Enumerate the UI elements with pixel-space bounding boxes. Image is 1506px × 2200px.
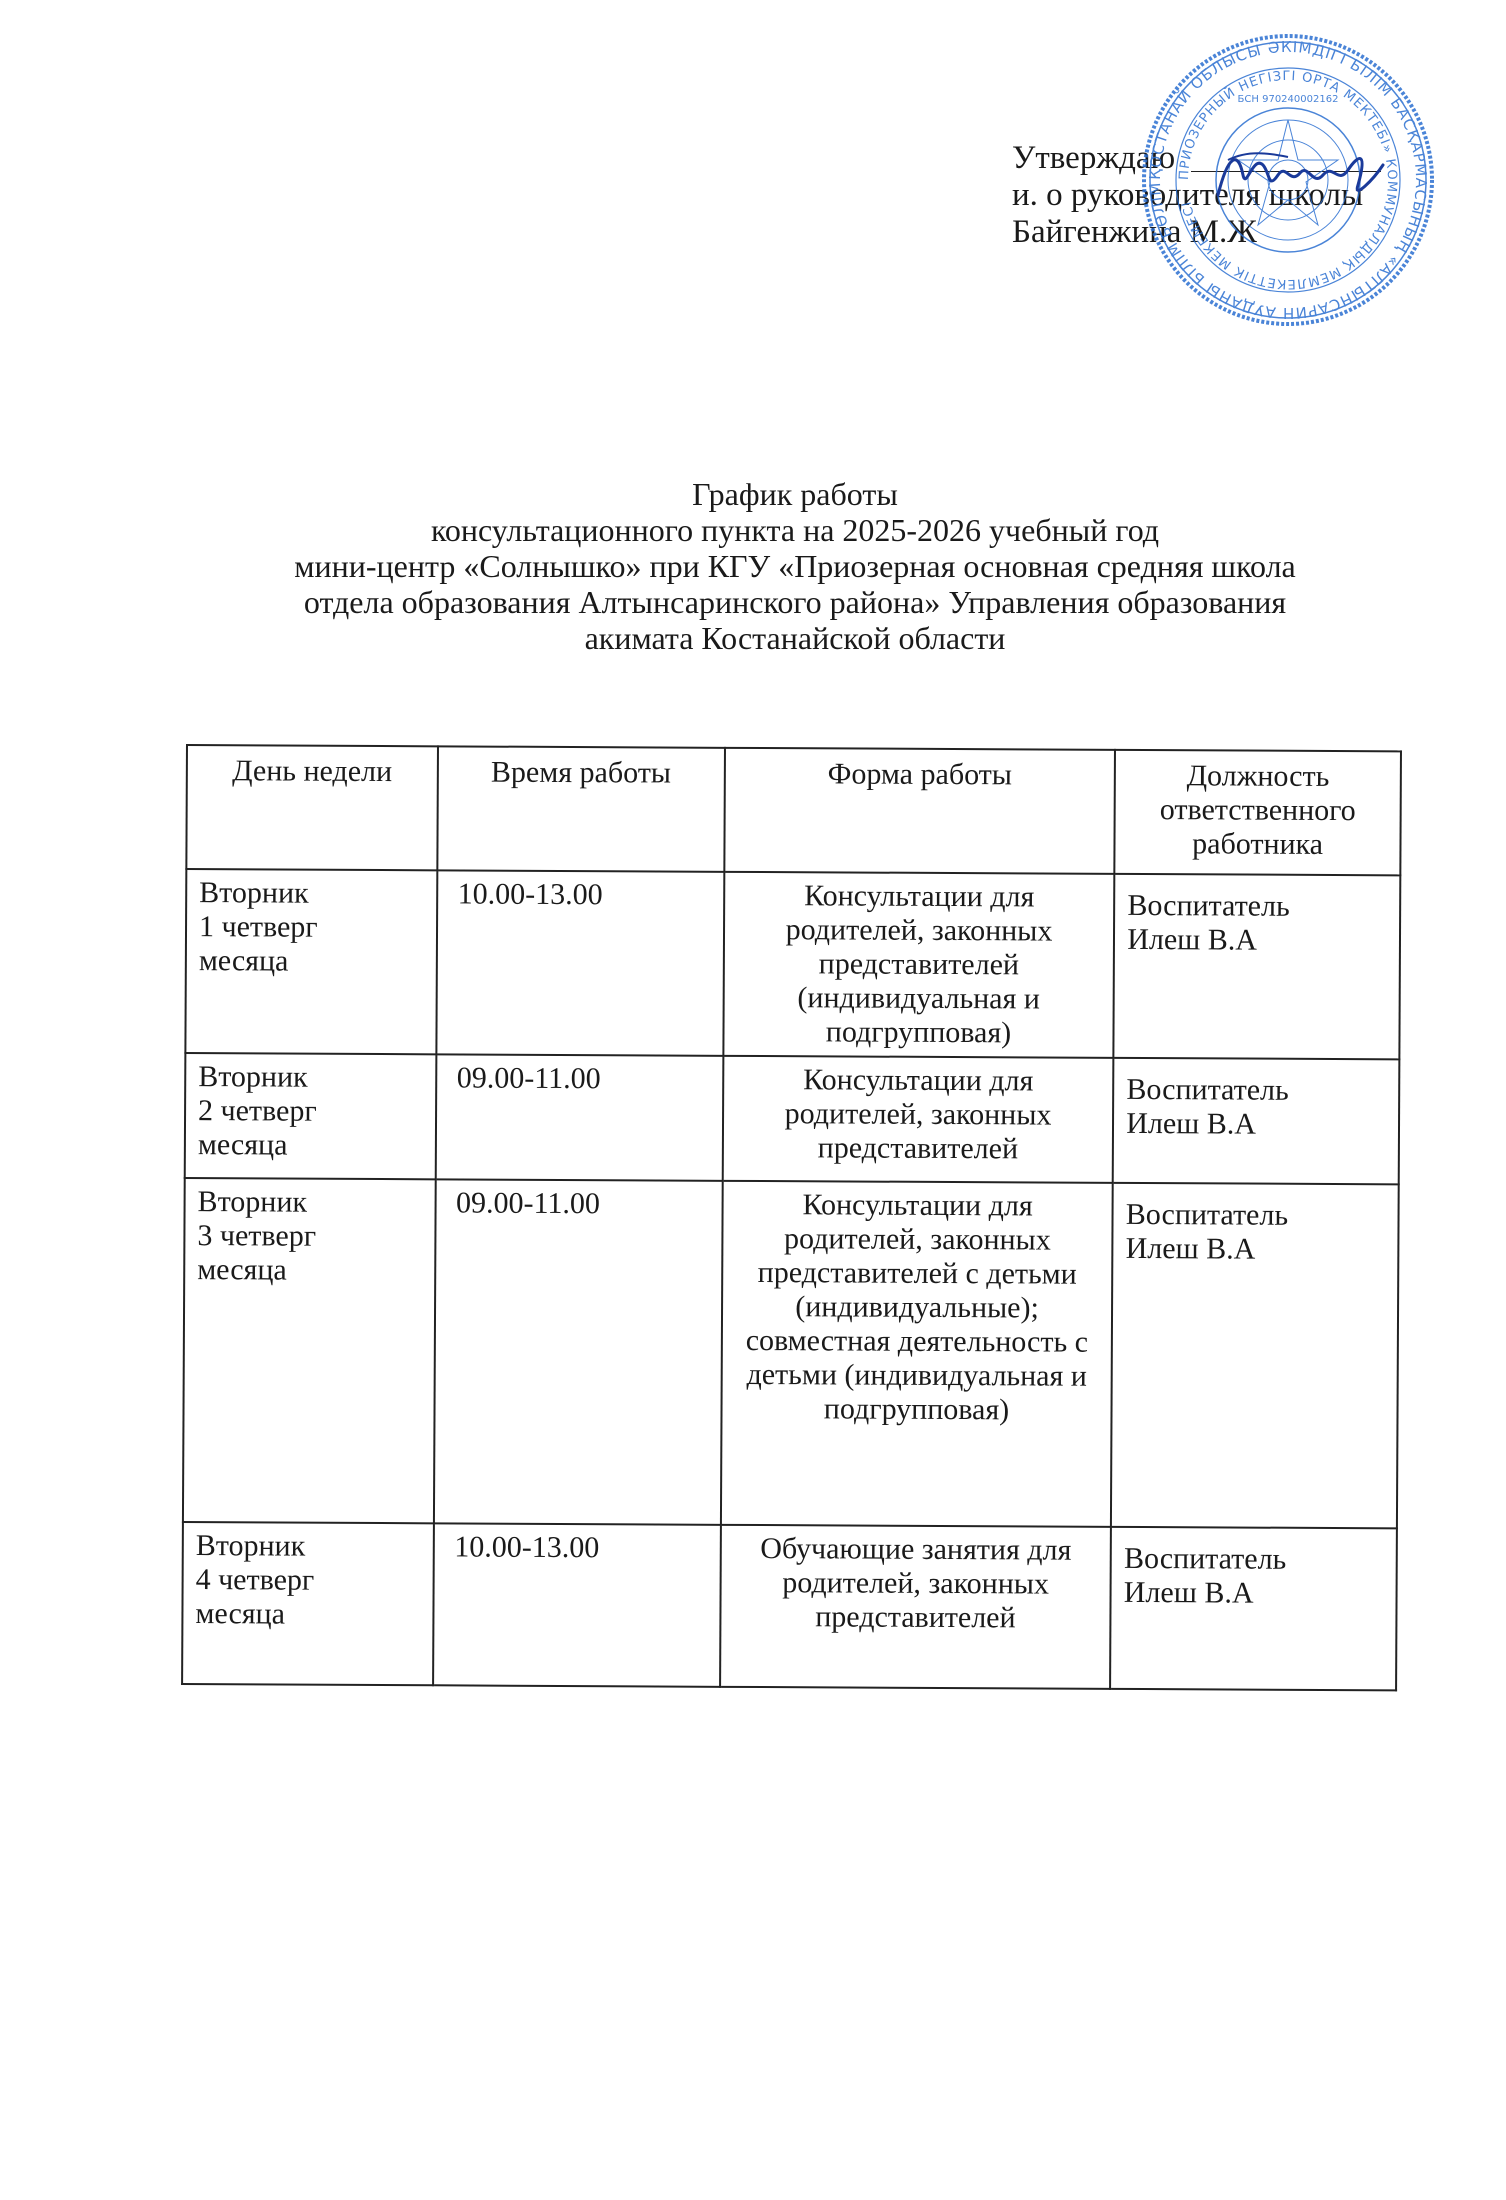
cell-time: 09.00-11.00 [433,1179,722,1524]
table-row: Вторник 3 четверг месяца 09.00-11.00 Кон… [183,1178,1399,1528]
cell-responsible: Воспитатель Илеш В.А [1113,1058,1399,1184]
header-responsible: Должность ответственного работника [1115,750,1401,875]
cell-day: Вторник 4 четверг месяца [182,1522,433,1685]
cell-time: 10.00-13.00 [436,870,724,1056]
document-title: График работы консультационного пункта н… [150,476,1440,656]
cell-form: Обучающие занятия для родителей, законны… [720,1525,1111,1689]
title-line-2: консультационного пункта на 2025-2026 уч… [150,512,1440,548]
title-line-5: акимата Костанайской области [150,620,1440,656]
title-line-4: отдела образования Алтынсаринского район… [150,584,1440,620]
cell-day: Вторник 2 четверг месяца [185,1053,436,1179]
cell-form: Консультации для родителей, законных пре… [722,1056,1113,1183]
header-form: Форма работы [724,748,1115,874]
table-row: Вторник 1 четверг месяца 10.00-13.00 Кон… [185,869,1400,1059]
cell-form: Консультации для родителей, законных пре… [723,872,1114,1058]
signature-icon [1208,145,1388,205]
table-header-row: День недели Время работы Форма работы До… [186,745,1401,875]
cell-day: Вторник 3 четверг месяца [183,1178,435,1523]
schedule-table: День недели Время работы Форма работы До… [181,744,1402,1691]
cell-responsible: Воспитатель Илеш В.А [1114,874,1401,1059]
table-row: Вторник 4 четверг месяца 10.00-13.00 Обу… [182,1522,1397,1690]
cell-form: Консультации для родителей, законных пре… [721,1181,1113,1527]
cell-day: Вторник 1 четверг месяца [185,869,436,1054]
cell-responsible: Воспитатель Илеш В.А [1110,1527,1397,1690]
header-time: Время работы [437,746,725,872]
cell-responsible: Воспитатель Илеш В.А [1111,1183,1399,1528]
document-page: Утверждаю и. о руководителя школы Байген… [0,0,1506,2200]
stamp-id-text: БСН 970240002162 [1238,94,1339,105]
cell-time: 09.00-11.00 [435,1054,723,1181]
title-line-3: мини-центр «Солнышко» при КГУ «Приозерна… [150,548,1440,584]
table-row: Вторник 2 четверг месяца 09.00-11.00 Кон… [185,1053,1400,1184]
cell-time: 10.00-13.00 [433,1523,721,1687]
header-day: День недели [186,745,437,870]
title-line-1: График работы [150,476,1440,512]
